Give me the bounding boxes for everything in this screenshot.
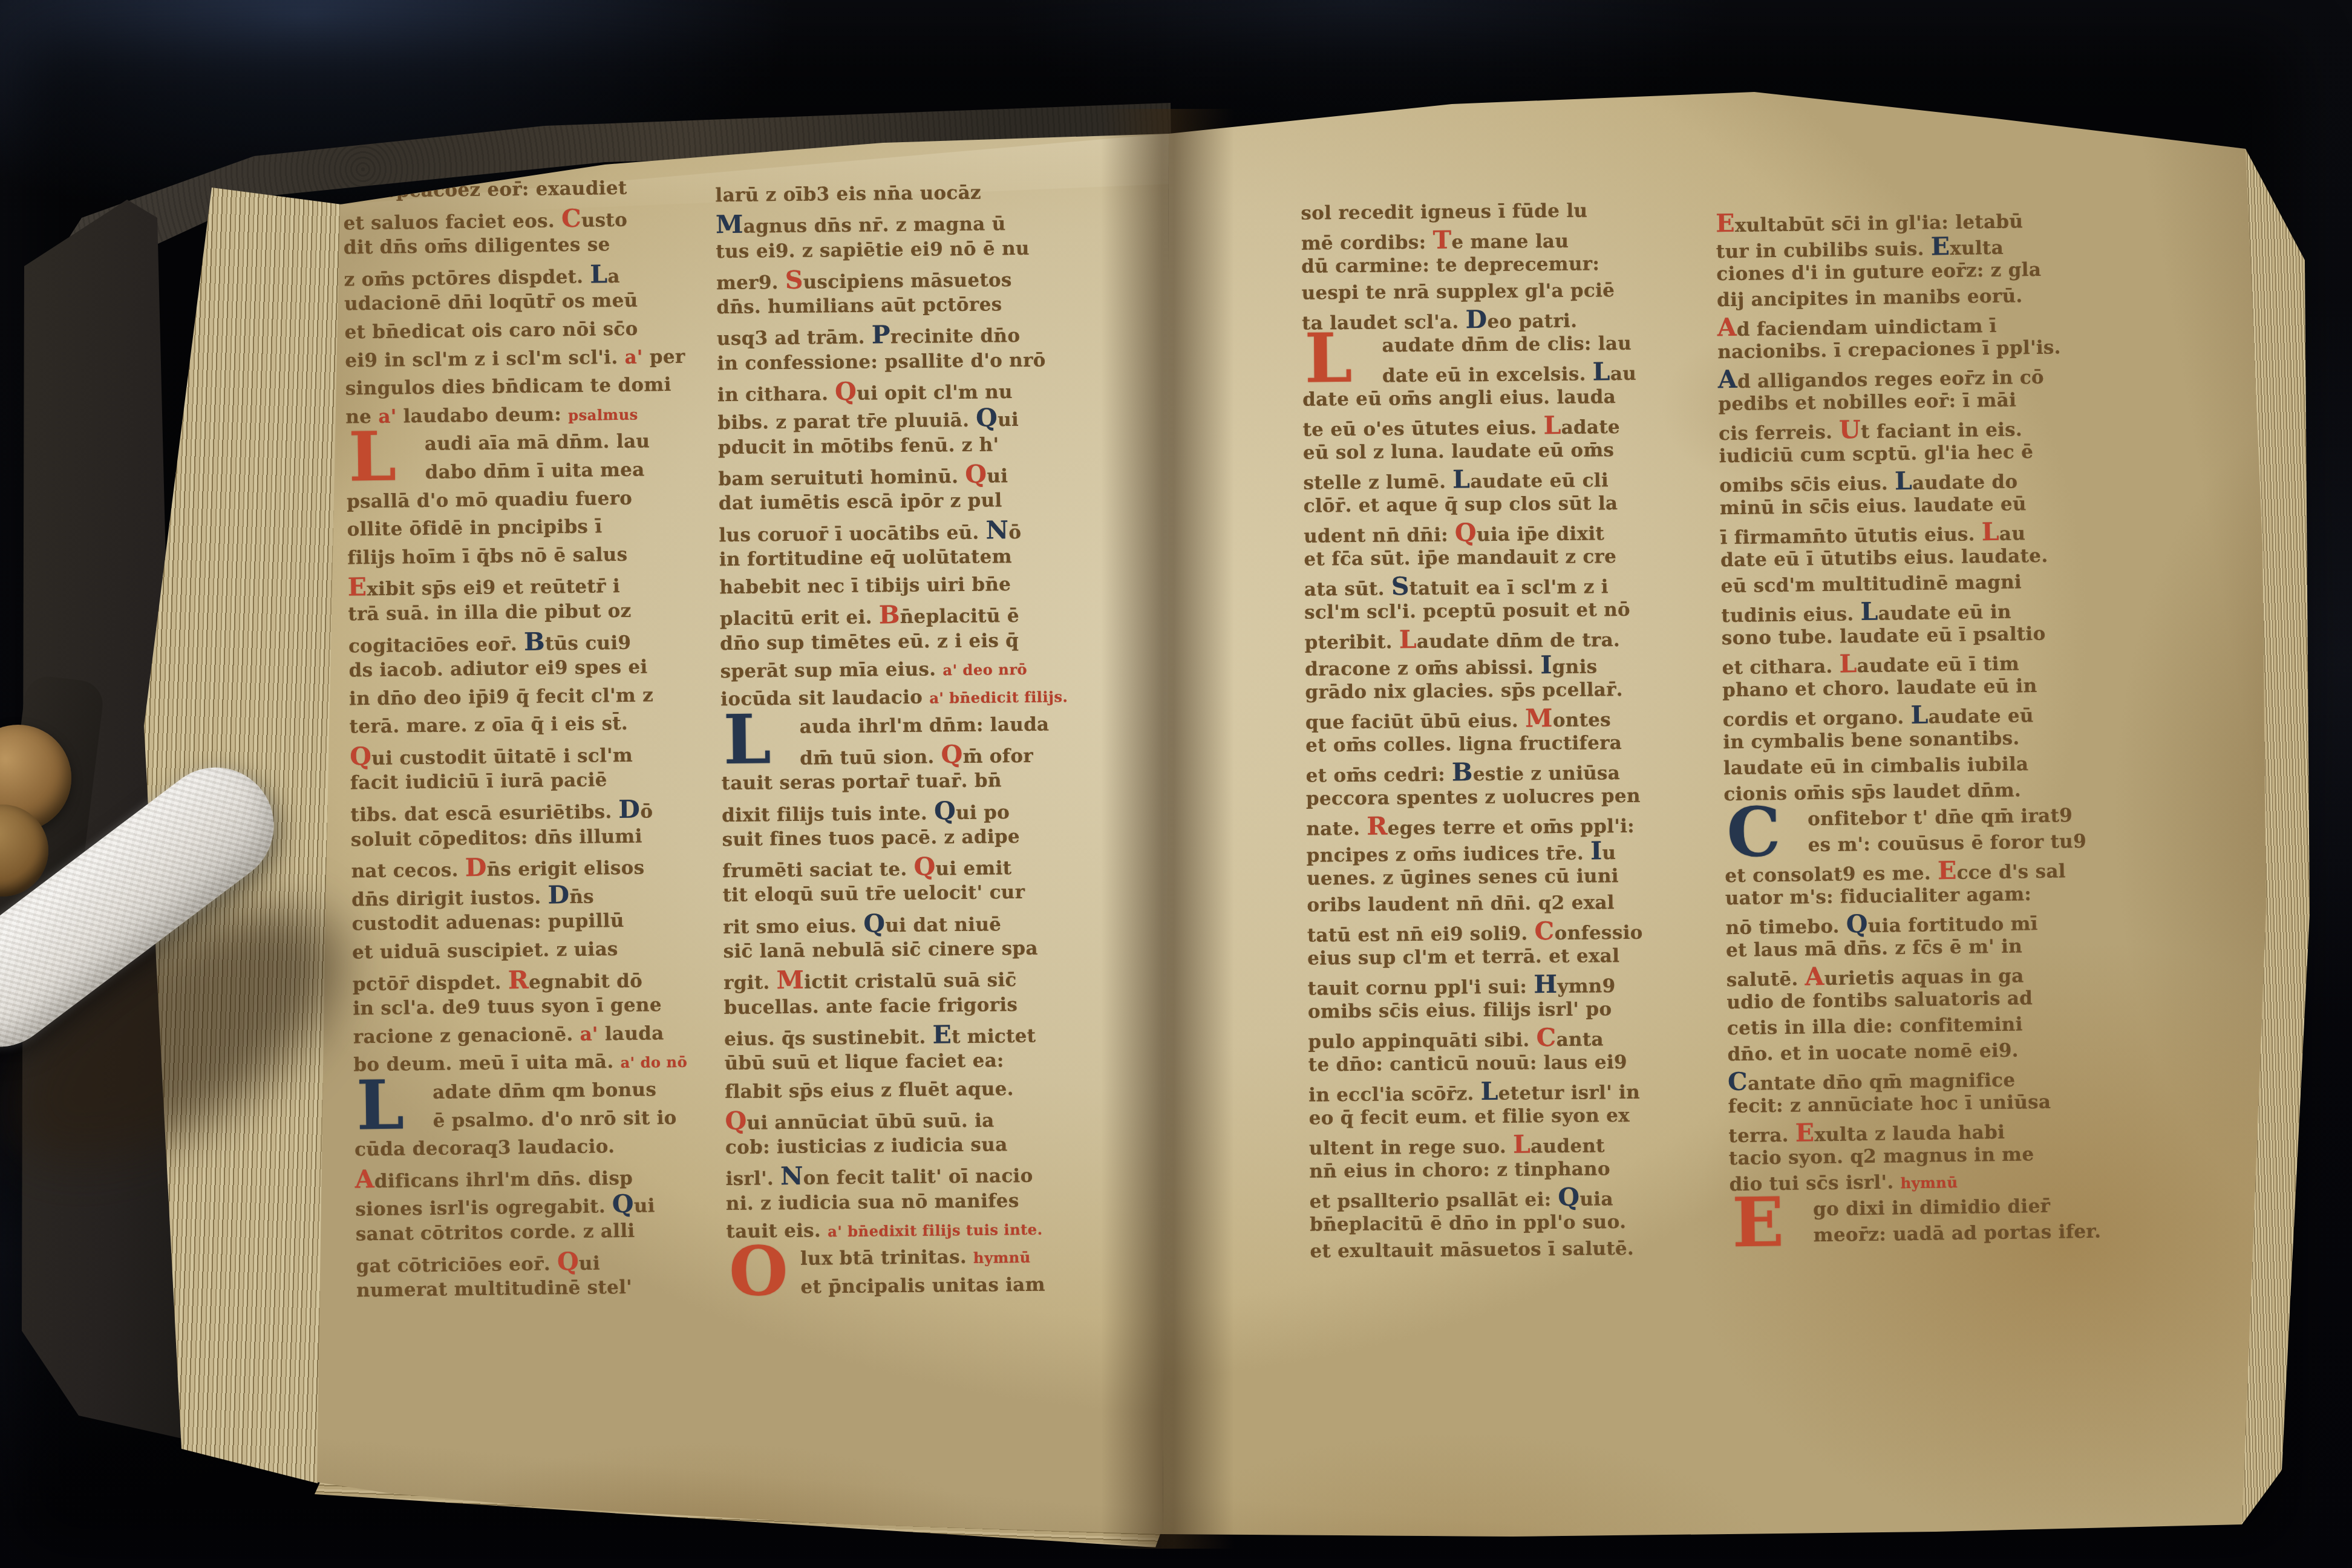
ink-text: ō [640, 800, 653, 822]
ink-text: dn̄o sup timētes eū. z i eis q̄ [720, 630, 1019, 655]
ink-text: racione z genacionē. [353, 1024, 580, 1048]
ink-text: nat cecos. [351, 859, 465, 882]
ink-text: flabit sp̄s eius z fluēt aque. [725, 1078, 1014, 1103]
ink-text: eo patri. [1487, 310, 1577, 333]
ink-text: auda ihrl'm dn̄m: lauda [800, 713, 1050, 737]
red-initial: R [508, 965, 529, 995]
ink-text: lux btā trinitas. [800, 1246, 973, 1270]
ink-text: isrl'. [725, 1168, 780, 1191]
ink-text: udacionē dn̄i loqūtr̄ os meū [344, 290, 638, 315]
red-initial: Q [913, 852, 935, 881]
ink-text: tauit seras portar̄ tuar̄. bn̄ [722, 770, 1002, 795]
ink-text: au [1999, 523, 2026, 545]
ink-text: et cithara. [1722, 656, 1840, 679]
red-initial: C [1536, 1023, 1556, 1052]
ink-text: audate eū ī tim [1857, 653, 2019, 677]
ink-text: nate. [1306, 818, 1367, 840]
ink-text: au [1610, 363, 1637, 385]
ink-text: mē cordibs: [1301, 232, 1433, 255]
ink-text: audate eū in [1878, 601, 2011, 625]
red-rubric: a' [624, 346, 643, 368]
red-initial: M [776, 965, 804, 995]
ink-text: in fortitudine eq̄ uolūtatem [719, 546, 1012, 570]
ink-text: dracone z om̄s abissi. [1305, 656, 1541, 680]
red-initial: S [785, 266, 803, 295]
blue-initial: Q [1846, 909, 1868, 938]
ink-text: anta [1556, 1028, 1604, 1051]
ink-text: tacio syon. q2 magnus in me [1729, 1143, 2034, 1169]
ink-text: uia [1579, 1188, 1613, 1210]
ink-text: adate [1561, 416, 1620, 439]
ink-text: ui custodit ūitatē i scl'm [371, 745, 633, 769]
ink-text: ui [634, 1195, 655, 1217]
ink-text: sol recedit igneus ī fūde lu [1301, 200, 1587, 224]
ink-text: stelle z lumē. [1303, 471, 1452, 494]
ink-text: oribs laudent nn̄ dn̄i. q2 exal [1307, 892, 1615, 916]
blue-initial: A [1718, 365, 1738, 394]
blue-initial: I [1590, 836, 1602, 865]
red-initial: E [348, 572, 367, 601]
ink-text: et saluos faciet eos. [343, 210, 561, 234]
ink-text: scl'm scl'i. pceptū posuit et nō [1304, 599, 1630, 624]
red-initial: L [1543, 411, 1561, 440]
ink-text: audate do [1912, 471, 2018, 494]
ink-text: u [1602, 842, 1616, 864]
ink-text: pctōr̄ dispdet. [353, 972, 508, 995]
blue-initial: L [1592, 357, 1610, 386]
ink-text: tatū est nn̄ ei9 soli9. [1307, 923, 1535, 946]
blue-initial: Q [934, 796, 956, 825]
red-initial: C [561, 203, 581, 232]
ink-text: pducit in mōtibs fenū. z h' [718, 434, 999, 459]
red-initial: T [1432, 225, 1451, 254]
blue-initial: C [1728, 1067, 1748, 1096]
ink-text: usq3 ad trām. [717, 327, 872, 350]
ink-text: ō [1008, 521, 1021, 543]
ink-text: fecit: z annūciate hoc ī uniūsa [1728, 1091, 2051, 1117]
ink-text: estie z uniūsa [1473, 762, 1621, 785]
ink-text: in scl'a. de9 tuus syon ī gene [353, 994, 662, 1019]
red-initial: Q [725, 1106, 746, 1135]
red-initial: A [1805, 962, 1824, 991]
ink-text: in cymbalis bene sonantibs. [1723, 727, 2020, 753]
ink-text: nn̄ eius in choro: z tinphano [1309, 1158, 1610, 1182]
ink-text: te dn̄o: canticū nouū: laus ei9 [1308, 1051, 1627, 1076]
ink-text: eius sup cl'm et terrā. et exal [1307, 945, 1619, 970]
red-initial: D [465, 853, 486, 882]
ink-text: et psallterio psallāt ei: [1310, 1189, 1558, 1213]
ink-text: tur in cubilibs suis. [1716, 238, 1931, 263]
blue-initial: E [932, 1020, 952, 1049]
ink-text: date eū ī ūtutibs eius. laudate. [1720, 545, 2048, 572]
ink-text: dabo dn̄m ī uita mea [425, 459, 645, 483]
ink-text: n̄s erigit elisos [486, 857, 644, 881]
red-rubric: a' bn̄edicit filijs. [929, 688, 1068, 707]
ink-text: salutē. [1726, 968, 1805, 991]
ink-text: ē psalmo. d'o nrō sit io [433, 1107, 676, 1132]
ink-text: uenes. z ūgines senes cū iuni [1307, 865, 1619, 889]
ink-text: tauit cornu ppl'i sui: [1308, 976, 1534, 999]
blue-initial: B [524, 627, 545, 656]
ink-text: et exultauit māsuetos ī salutē. [1310, 1238, 1634, 1263]
blue-initial: H [1534, 970, 1557, 999]
ink-text: trā suā. in illa die pibut oz [348, 600, 632, 626]
ink-text: bucellas. ante facie frigoris [724, 994, 1018, 1019]
ink-text: sono tube. laudate eū ī psaltio [1722, 623, 2046, 649]
ink-text: in eccl'ia scōr̄z. [1308, 1083, 1481, 1106]
red-initial: Q [350, 742, 372, 771]
ink-text: ui [998, 409, 1019, 431]
ink-text: in cithara. [717, 383, 835, 406]
red-rubric: a' bn̄edixit filijs tuis inte. [828, 1221, 1043, 1241]
red-initial: Q [1455, 518, 1477, 547]
ink-text: m̄ ofor [962, 745, 1033, 768]
ink-text: ui po [956, 802, 1010, 824]
ink-text: tibs. dat escā esuriētibs. [350, 801, 618, 826]
ink-text: t faciant in eis. [1861, 419, 2022, 443]
ink-text: et om̄s colles. ligna fructifera [1305, 732, 1622, 757]
ink-text: xibit sp̄s ei9 et reūtetr̄ i [367, 575, 620, 600]
red-initial: Q [941, 740, 962, 769]
blue-initial: B [1452, 757, 1473, 786]
red-initial: Q [965, 459, 987, 488]
ink-text: ds iacob. adiutor ei9 spes ei [348, 656, 647, 682]
blue-initial: L [1480, 1077, 1498, 1106]
text-column-left-outer: et depcacōez eor̄: exaudietet saluos fac… [343, 177, 705, 1308]
ink-text: siones isrl'is ogregabit. [355, 1196, 612, 1221]
ink-text: dn̄o. et in uocate nomē ei9. [1727, 1040, 2019, 1066]
ink-text: n̄eplacitū ē [900, 605, 1019, 628]
ink-text: usto [581, 209, 628, 231]
ink-text: laudabo deum: [396, 403, 568, 427]
ink-text: rit smo eius. [723, 915, 864, 938]
ink-text: go dixi in dimidio dier̄ [1813, 1195, 2051, 1220]
blue-initial: Q [976, 403, 998, 433]
ink-text: cūda decoraq3 laudacio. [354, 1135, 615, 1160]
ink-text: tus ei9. z sapiētie ei9 nō ē nu [716, 237, 1030, 262]
ink-text: uespi te nrā supplex gl'a pciē [1301, 279, 1615, 304]
ink-text: et bn̄edicat ois caro nōi sc̄o [344, 318, 638, 344]
ink-text: cetis in illa die: confitemini [1727, 1013, 2023, 1039]
ink-text: et om̄s cedri: [1305, 764, 1452, 787]
ink-text: per [642, 345, 685, 368]
ink-text: filijs hoīm ī q̄bs nō ē salus [347, 544, 628, 569]
ink-text: peccora spentes z uolucres pen [1306, 785, 1641, 810]
red-rubric: a' do nō [620, 1053, 687, 1071]
ink-text: ei9 in scl'm z i scl'm scl'i. [345, 346, 625, 371]
ink-text: ymn9 [1557, 975, 1615, 998]
ink-text: ui [987, 465, 1008, 487]
ink-text: d faciendam uindictam ī [1737, 315, 1997, 341]
book-gutter-shadow [1101, 109, 1234, 1549]
ink-text: cis ferreis. [1719, 422, 1840, 445]
ink-text: egnabit dō [529, 970, 642, 993]
ink-text: cordis et organo. [1723, 707, 1911, 731]
red-initial: L [1399, 625, 1417, 654]
ink-text: udio de fontibs saluatoris ad [1726, 987, 2033, 1013]
blue-initial: Q [612, 1189, 635, 1218]
ink-text: iudiciū cum scptū. gl'ia hec ē [1719, 441, 2033, 467]
ink-text: dn̄s. humilians aūt pctōres [716, 293, 1002, 318]
ink-text: ui opit cl'm nu [857, 381, 1013, 405]
ink-text: tūs cui9 [545, 632, 632, 655]
ink-text: z om̄s pctōres dispdet. [344, 266, 590, 290]
ink-text: tatuit ea ī scl'm z i [1409, 576, 1608, 599]
ink-text: habebit nec ī tibijs uiri bn̄e [719, 573, 1011, 598]
blue-initial: M [716, 210, 743, 239]
ink-text: grādo nix glacies. sp̄s pcellar̄. [1305, 679, 1623, 704]
ink-text: ultent in rege suo. [1309, 1136, 1513, 1160]
ink-text: lauda [598, 1022, 664, 1045]
ink-text: audent [1530, 1135, 1605, 1157]
red-initial: C [1534, 916, 1554, 946]
ink-text: audate eū cli [1470, 469, 1609, 492]
blue-initial: S [1391, 572, 1410, 601]
ink-text: uscipiens māsuetos [803, 269, 1011, 293]
ink-text: d alligandos reges eor̄z in cō [1737, 367, 2044, 393]
ink-text: dat iumētis escā ipōr z pul [719, 490, 1002, 515]
ink-text: laudate eū in cimbalis iubila [1723, 753, 2029, 779]
ink-text: in dn̄o deo ip̄i9 q̄ fecit cl'm z [349, 684, 653, 710]
ink-text: eo q̄ fecit eum. et filie syon ex [1308, 1105, 1630, 1129]
ink-text: pncipes z om̄s iudices tr̄e. [1307, 843, 1591, 867]
ink-text: soluit cōpeditos: dn̄s illumi [351, 825, 642, 851]
red-initial: M [1525, 704, 1553, 733]
ink-text: minū in sc̄is eius. laudate eū [1720, 493, 2027, 519]
ink-text: nō timebo. [1725, 915, 1846, 939]
red-initial: E [1938, 856, 1957, 885]
ink-text: lus coruor̄ ī uocātibs eū. [719, 521, 986, 546]
red-initial: A [1717, 313, 1737, 342]
ink-text: recinite dn̄o [890, 325, 1021, 348]
ink-text: rgit. [724, 972, 777, 995]
ink-text: mer9. [716, 272, 785, 294]
ink-text: bibs. z parat tr̄e pluuiā. [717, 410, 976, 434]
ink-text: pulo appinquāti sibi. [1308, 1029, 1537, 1053]
ink-text: terā. mare. z oīa q̄ i eis st̄. [349, 713, 628, 738]
text-column-left-inner: larū z oīb3 eis nn̄a uocāzMagnus dn̄s nr… [715, 181, 1089, 1305]
ink-text: et p̄ncipalis unitas iam [800, 1273, 1045, 1298]
blue-initial: D [547, 880, 569, 909]
ink-text: ui dat niuē [885, 913, 1001, 936]
ink-text: que faciūt ūbū eius. [1305, 710, 1526, 733]
ink-text: et uiduā suscipiet. z uias [352, 938, 618, 963]
ink-text: psallā d'o mō quadiu fuero [347, 487, 632, 512]
ink-text: n̄s [569, 886, 594, 907]
blue-initial: L [590, 260, 608, 289]
ink-text: dit dn̄s om̄s diligentes se [344, 234, 610, 258]
ink-text: bn̄eplacitū ē dn̄o in ppl'o suo. [1310, 1211, 1626, 1236]
ink-text: on fecit talit' oī nacio [803, 1165, 1033, 1189]
red-rubric: psalmus [568, 405, 638, 423]
ink-text: urietis aquas in ga [1824, 965, 2024, 990]
blue-initial: Q [863, 909, 885, 938]
ink-text: a [607, 266, 620, 287]
ink-text: bam seruituti hominū. [718, 466, 965, 490]
ink-text: terra. [1728, 1125, 1795, 1148]
ink-text: audate eū [1928, 705, 2034, 728]
blue-initial: Q [1558, 1183, 1579, 1212]
ink-text: ī firmamn̄to ūtutis eius. [1720, 523, 1982, 549]
ink-text: antate dn̄o qm̄ magnifice [1748, 1070, 2016, 1095]
ink-text: ui annūciat ūbū suū. ia [746, 1109, 994, 1134]
red-initial: Q [835, 377, 857, 406]
ink-text: omibs sc̄is eius. filijs isrl' po [1308, 998, 1612, 1022]
ink-text: audi aīa mā dn̄m. lau [425, 431, 650, 456]
text-column-right-outer: Exultabūt sc̄i in gl'ia: letabūtur in cu… [1716, 206, 2102, 1252]
ink-text: omibs sc̄is eius. [1719, 472, 1895, 497]
ink-text: ollite ōfidē in pncipibs ī [347, 516, 602, 541]
ink-text: es m': couūsus ē foror tu9 [1808, 831, 2086, 856]
manuscript-photo-scene: sol recedit igneus ī fūde lumē cordibs: … [0, 0, 2352, 1568]
ink-text: agnus dn̄s nr̄. z magna ū [743, 213, 1005, 238]
ink-text: dū carmine: te deprecemur: [1301, 253, 1599, 277]
blue-initial: N [780, 1161, 803, 1191]
red-initial: R [1367, 811, 1388, 840]
ink-text: placitū erit ei. [720, 607, 879, 630]
ink-text: et consolat9 es me. [1725, 862, 1938, 887]
ink-text: te eū o'es ūtutes eius. [1302, 417, 1543, 440]
red-initial: E [1795, 1118, 1814, 1147]
blue-initial: E [1930, 232, 1950, 261]
ink-text: meor̄z: uadā ad portas ifer. [1813, 1221, 2101, 1247]
ink-text: tudinis eius. [1721, 603, 1861, 627]
ink-text: ui [579, 1252, 600, 1274]
ink-text: eius. q̄s sustinebit. [724, 1026, 933, 1050]
ink-text: gat cōtriciōes eor̄. [356, 1253, 557, 1277]
ink-text: larū z oīb3 eis nn̄a uocāz [715, 182, 981, 207]
ink-text: audate dn̄m de tra. [1417, 629, 1620, 653]
ink-text: numerat multitudinē stel' [356, 1276, 632, 1302]
ink-text: custodit aduenas: pupillū [351, 910, 624, 935]
ink-text: pedibs et nobilles eor̄: ī māi [1718, 389, 2016, 415]
ink-text: ontes [1553, 709, 1612, 731]
ink-text: udent nn̄ dn̄i: [1304, 524, 1455, 547]
ink-text: sperāt sup mīa eius. [720, 658, 943, 682]
text-column-right-inner: sol recedit igneus ī fūde lumē cordibs: … [1301, 199, 1673, 1267]
ink-text: ūbū suū et lique faciet ea: [724, 1050, 1004, 1074]
ink-text: xultabūt sc̄i in gl'ia: letabū [1735, 211, 2024, 237]
red-initial: E [1716, 209, 1735, 238]
ink-text: sic̄ lanā nebulā sic̄ cinere spa [723, 938, 1038, 962]
red-initial: U [1839, 415, 1861, 444]
ink-text: gnis [1552, 656, 1598, 678]
blue-initial: L [1860, 597, 1878, 626]
red-rubric: a' [580, 1023, 598, 1045]
ink-text: facit iudiciū ī iurā paciē [350, 769, 607, 794]
blue-initial: L [1895, 466, 1913, 495]
ink-text: pteribit. [1305, 631, 1399, 653]
blue-initial: D [1465, 305, 1487, 334]
ink-text: singulos dies bn̄dicam te domi [345, 374, 671, 400]
ink-text: dm̄ tuū sion. [800, 746, 941, 769]
ink-text: uator m's: fiducialiter agam: [1725, 883, 2032, 909]
blue-initial: L [1452, 465, 1470, 494]
ink-text: uia ip̄e dixit [1477, 523, 1604, 546]
ink-text: t mictet [952, 1025, 1036, 1048]
blue-initial: P [872, 321, 891, 350]
red-initial: A [355, 1165, 375, 1194]
ink-text: et laus mā dn̄s. z fc̄s ē m' in [1726, 935, 2022, 961]
ink-text: uia fortitudo mī [1868, 913, 2038, 937]
ink-text: dificans ihrl'm dn̄s. disp [374, 1168, 633, 1192]
ink-text: xulta [1950, 237, 2004, 260]
ink-text: dij ancipites in manibs eorū. [1717, 285, 2023, 311]
ink-text: nacionibs. ī crepaciones ī ppl'is. [1717, 336, 2061, 363]
ink-text: date eū in excelsis. [1382, 363, 1593, 387]
ink-text: frumēti saciat te. [722, 858, 914, 882]
red-initial: L [1513, 1129, 1530, 1158]
ink-text: cogitaciōes eor̄. [348, 633, 524, 657]
ink-text: eū sol z luna. laudate eū om̄s [1303, 439, 1615, 463]
ink-text: dixit filijs tuis inte. [722, 802, 934, 826]
ink-text: cob: iusticias z iudicia sua [725, 1134, 1008, 1158]
ink-text: tit eloqū suū tr̄e uelocit' cur [722, 881, 1025, 906]
red-rubric: hymnū [1900, 1174, 1958, 1192]
ink-text: cce d's sal [1956, 860, 2066, 884]
ink-text: ni. z iudicia sua nō manifes [726, 1190, 1019, 1215]
ink-text: eū scd'm multitudinē magni [1720, 571, 2022, 597]
ink-text: e mane lau [1451, 230, 1569, 253]
red-rubric: hymnū [973, 1249, 1031, 1267]
blue-initial: I [1540, 650, 1552, 679]
ink-text: xulta z lauda habi [1814, 1122, 2005, 1146]
ink-text: phano et choro. laudate eū in [1722, 675, 2037, 701]
ink-text: suit fines tuos pacē. z adipe [722, 826, 1020, 851]
ink-text: etetur isrl' in [1498, 1082, 1640, 1105]
ink-text: ui emit [935, 857, 1011, 880]
red-initial: Q [557, 1247, 580, 1276]
ink-text: ciones d'i in guture eor̄z: z gla [1716, 259, 2041, 285]
ink-text: adate dn̄m qm bonus [433, 1079, 656, 1103]
ink-text: audate dn̄m de clis: lau [1382, 333, 1632, 357]
ink-text: onfessio [1554, 922, 1642, 944]
ink-text: in confessione: psallite d'o nrō [717, 349, 1046, 374]
red-initial: L [1839, 649, 1857, 678]
red-initial: L [1981, 517, 1999, 546]
ink-text: date eū om̄s angli eius. lauda [1302, 386, 1616, 411]
ink-text: sanat cōtritos corde. z alli [356, 1220, 635, 1246]
ink-text: clōr̄. et aque q̄ sup clos sūt la [1304, 492, 1618, 517]
red-rubric: a' deo nrō [942, 661, 1027, 679]
blue-initial: L [1910, 701, 1929, 730]
ink-text: onfitebor t' dn̄e qm̄ irat9 [1808, 805, 2073, 830]
ink-text: ictit cristalū suā sic̄ [804, 969, 1017, 993]
blue-initial: D [618, 795, 640, 824]
red-initial: B [879, 600, 900, 629]
ink-text: ata sūt. [1304, 578, 1391, 600]
ink-text: et fc̄a sūt. ip̄e mandauit z cre [1304, 546, 1616, 570]
blue-initial: N [985, 515, 1008, 544]
ink-text: dn̄s dirigit iustos. [351, 886, 548, 910]
